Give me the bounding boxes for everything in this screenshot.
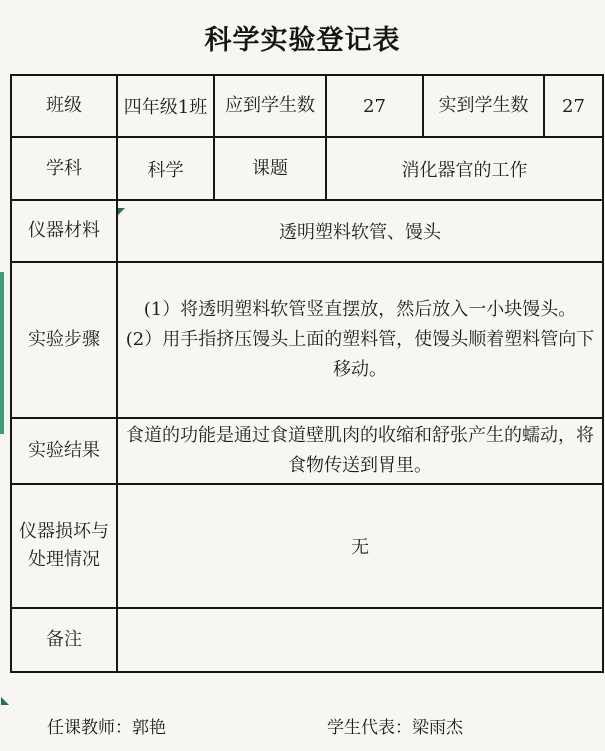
class-label-cell: 班级 [11, 75, 117, 137]
table-row: 实验步骤 (1）将透明塑料软管竖直摆放，然后放入一小块馒头。 (2）用手指挤压馒… [11, 262, 603, 418]
subject-label-cell: 学科 [11, 137, 117, 200]
page-title: 科学实验登记表 [0, 18, 605, 57]
table-row: 班级 四年级1班 应到学生数 27 实到学生数 27 [11, 75, 603, 137]
table-row: 备注 [11, 608, 603, 672]
results-label-cell: 实验结果 [11, 418, 117, 484]
table-row: 仪器损坏与处理情况 无 [11, 484, 603, 608]
table-row: 实验结果 食道的功能是通过食道壁肌肉的收缩和舒张产生的蠕动，将食物传送到胃里。 [11, 418, 603, 484]
table-row: 仪器材料 透明塑料软管、馒头 [11, 200, 603, 262]
steps-label-cell: 实验步骤 [11, 262, 117, 418]
student-signature: 学生代表：梁雨杰 [327, 713, 463, 738]
remarks-label-cell: 备注 [11, 608, 117, 672]
teacher-signature: 任课教师：郭艳 [47, 713, 166, 738]
materials-value-cell: 透明塑料软管、馒头 [117, 200, 603, 262]
subject-value-cell: 科学 [117, 137, 214, 200]
expected-students-value-cell: 27 [326, 75, 423, 137]
green-selection-bar [0, 272, 4, 434]
materials-label-cell: 仪器材料 [11, 200, 117, 262]
topic-label-cell: 课题 [214, 137, 326, 200]
actual-students-label-cell: 实到学生数 [423, 75, 544, 137]
table-row: 学科 科学 课题 消化器官的工作 [11, 137, 603, 200]
topic-value-cell: 消化器官的工作 [326, 137, 603, 200]
experiment-form-table: 班级 四年级1班 应到学生数 27 实到学生数 27 学科 科学 课题 消化器官… [10, 74, 604, 673]
results-value-cell: 食道的功能是通过食道壁肌肉的收缩和舒张产生的蠕动，将食物传送到胃里。 [117, 418, 603, 484]
steps-value-cell: (1）将透明塑料软管竖直摆放，然后放入一小块馒头。 (2）用手指挤压馒头上面的塑… [117, 262, 603, 418]
remarks-value-cell [117, 608, 603, 672]
damage-label-cell: 仪器损坏与处理情况 [11, 484, 117, 608]
actual-students-value-cell: 27 [544, 75, 603, 137]
class-value-cell: 四年级1班 [117, 75, 214, 137]
document-page: 科学实验登记表 班级 四年级1班 应到学生数 27 实到学生数 27 学科 科学… [0, 0, 605, 751]
damage-value-cell: 无 [117, 484, 603, 608]
expected-students-label-cell: 应到学生数 [214, 75, 326, 137]
corner-flag-icon [1, 697, 9, 705]
cell-flag-icon [118, 208, 125, 215]
